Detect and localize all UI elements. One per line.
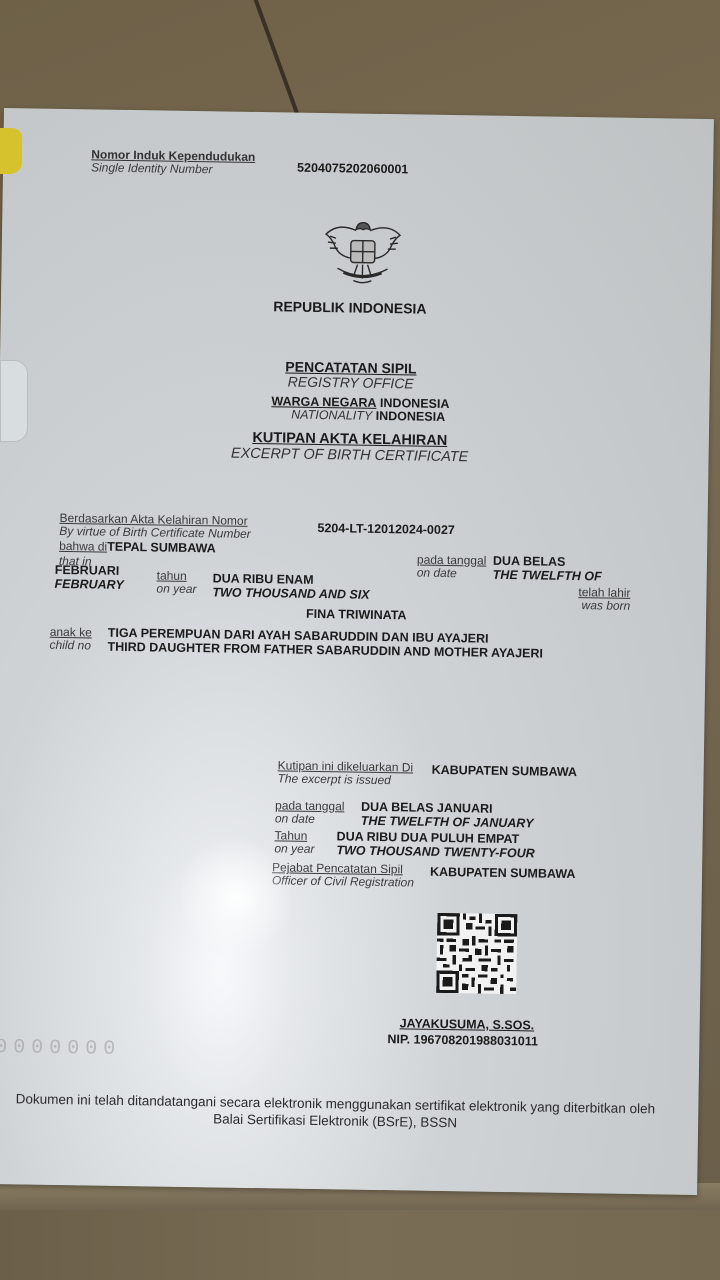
birth-year-value-en: TWO THOUSAND AND SIX [212, 585, 369, 601]
child-name: FINA TRIWINATA [306, 607, 407, 623]
child-no-label-en: child no [49, 639, 91, 652]
officer-office-value: KABUPATEN SUMBAWA [430, 865, 576, 881]
officer-name: JAYAKUSUMA, S.SOS. [400, 1016, 535, 1032]
issued-date-group: DUA BELAS JANUARI THE TWELFTH OF JANUARY [361, 800, 534, 831]
nationality-value-en: INDONESIA [376, 409, 446, 424]
birth-month-value: FEBRUARI [55, 563, 124, 578]
background-surface [0, 1210, 720, 1280]
floor-tile-line [250, 0, 302, 122]
born-label-en: was born [578, 599, 630, 612]
nik-label-group: Nomor Induk Kependudukan Single Identity… [91, 147, 255, 176]
serial-stamp: 0000000 [0, 1036, 121, 1061]
birth-year-group: DUA RIBU ENAM TWO THOUSAND AND SIX [212, 571, 370, 601]
birth-year-label-group: tahun on year [156, 568, 196, 595]
cert-number-label-group: Berdasarkan Akta Kelahiran Nomor By virt… [59, 511, 251, 540]
nik-value: 5204075202060001 [297, 161, 408, 177]
nationality-label-en: NATIONALITY [291, 408, 372, 423]
child-no-group: TIGA PEREMPUAN DARI AYAH SABARUDDIN DAN … [107, 626, 543, 661]
issued-year-label-group: Tahun on year [274, 828, 314, 855]
birth-day-value-en: THE TWELFTH OF [493, 568, 602, 584]
birth-year-label-en: on year [156, 582, 196, 595]
yellow-tape [0, 128, 22, 174]
document-title-group: KUTIPAN AKTA KELAHIRAN EXCERPT OF BIRTH … [0, 426, 705, 469]
born-label-group: telah lahir was born [578, 585, 630, 612]
birth-month-value-en: FEBRUARY [54, 577, 123, 592]
country-heading: REPUBLIK INDONESIA [0, 294, 705, 321]
plastic-clip [0, 360, 28, 442]
officer-label-en: Officer of Civil Registration [272, 874, 414, 888]
office-heading-group: PENCATATAN SIPIL REGISTRY OFFICE [0, 355, 706, 396]
officer-nip: NIP. 196708201988031011 [387, 1032, 538, 1048]
issued-label-en: The excerpt is issued [277, 772, 413, 786]
birth-place-label: bahwa di [59, 539, 107, 554]
birth-date-label-en: on date [417, 567, 487, 580]
garuda-emblem-icon [317, 216, 408, 295]
issued-year-value-en: TWO THOUSAND TWENTY-FOUR [336, 843, 535, 860]
birth-place-value: TEPAL SUMBAWA [107, 540, 216, 556]
qr-code-icon[interactable] [436, 913, 517, 994]
issued-date-label-group: pada tanggal on date [275, 798, 345, 825]
cert-number-value: 5204-LT-12012024-0027 [317, 521, 455, 537]
officer-label-group: Pejabat Pencatatan Sipil Officer of Civi… [272, 860, 414, 888]
child-no-label-group: anak ke child no [49, 625, 91, 652]
birth-month-group: FEBRUARI FEBRUARY [54, 563, 124, 592]
nationality-group: WARGA NEGARA INDONESIA NATIONALITY INDON… [271, 395, 449, 424]
issued-date-value-en: THE TWELFTH OF JANUARY [361, 814, 534, 831]
birth-certificate-document: Nomor Induk Kependudukan Single Identity… [0, 108, 714, 1195]
issued-year-group: DUA RIBU DUA PULUH EMPAT TWO THOUSAND TW… [336, 829, 535, 860]
issued-place-value: KABUPATEN SUMBAWA [432, 763, 578, 779]
issued-label-group: Kutipan ini dikeluarkan Di The excerpt i… [277, 758, 413, 786]
birth-day-group: DUA BELAS THE TWELFTH OF [493, 554, 602, 584]
issued-date-label-en: on date [275, 812, 345, 825]
birth-date-label-group: pada tanggal on date [417, 553, 487, 580]
issued-year-label-en: on year [274, 842, 314, 855]
electronic-signature-note: Dokumen ini telah ditandatangani secara … [0, 1090, 690, 1135]
